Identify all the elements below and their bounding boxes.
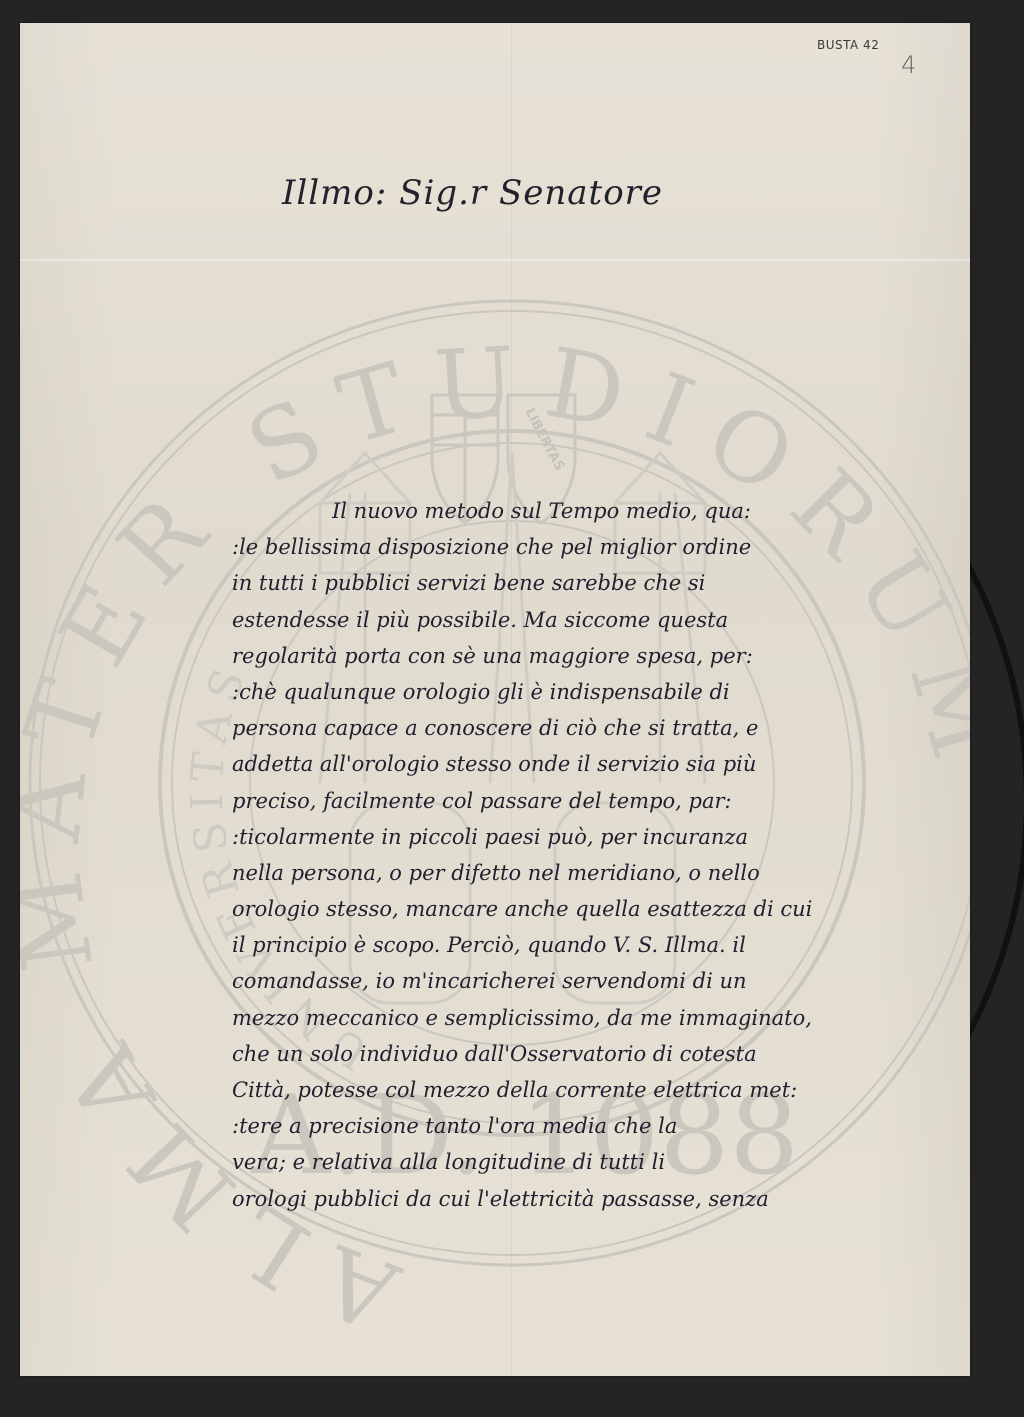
body-line: Città, potesse col mezzo della corrente … [232, 1072, 970, 1108]
body-line: :ticolarmente in piccoli paesi può, per … [232, 819, 970, 855]
body-line: addetta all'orologio stesso onde il serv… [232, 746, 970, 782]
body-line: persona capace a conoscere di ciò che si… [232, 710, 970, 746]
archive-box-label: BUSTA 42 [817, 38, 879, 52]
letter-page: ALMA MATER STUDIORUM UNIVERSITAS LIBERTA… [20, 23, 970, 1376]
body-line: :chè qualunque orologio gli è indispensa… [232, 674, 970, 710]
letter-body: Il nuovo metodo sul Tempo medio, qua: :l… [232, 493, 970, 1217]
body-line: preciso, facilmente col passare del temp… [232, 783, 970, 819]
body-line: vera; e relativa alla longitudine di tut… [232, 1144, 970, 1180]
body-line: orologi pubblici da cui l'elettricità pa… [232, 1181, 970, 1217]
body-line: comandasse, io m'incaricherei servendomi… [232, 963, 970, 999]
body-line: che un solo individuo dall'Osservatorio … [232, 1036, 970, 1072]
paper-fold-horizontal [20, 258, 970, 261]
letter-salutation: Illmo: Sig.r Senatore [282, 173, 663, 213]
folio-number: 4 [901, 51, 916, 79]
body-line: Il nuovo metodo sul Tempo medio, qua: [232, 493, 970, 529]
body-line: il principio è scopo. Perciò, quando V. … [232, 927, 970, 963]
body-line: estendesse il più possibile. Ma siccome … [232, 602, 970, 638]
shield-motto: LIBERTAS [521, 406, 566, 474]
body-line: :le bellissima disposizione che pel migl… [232, 529, 970, 565]
body-line: orologio stesso, mancare anche quella es… [232, 891, 970, 927]
body-line: mezzo meccanico e semplicissimo, da me i… [232, 1000, 970, 1036]
body-line: in tutti i pubblici servizi bene sarebbe… [232, 565, 970, 601]
body-line: nella persona, o per difetto nel meridia… [232, 855, 970, 891]
body-line: regolarità porta con sè una maggiore spe… [232, 638, 970, 674]
body-line: :tere a precisione tanto l'ora media che… [232, 1108, 970, 1144]
